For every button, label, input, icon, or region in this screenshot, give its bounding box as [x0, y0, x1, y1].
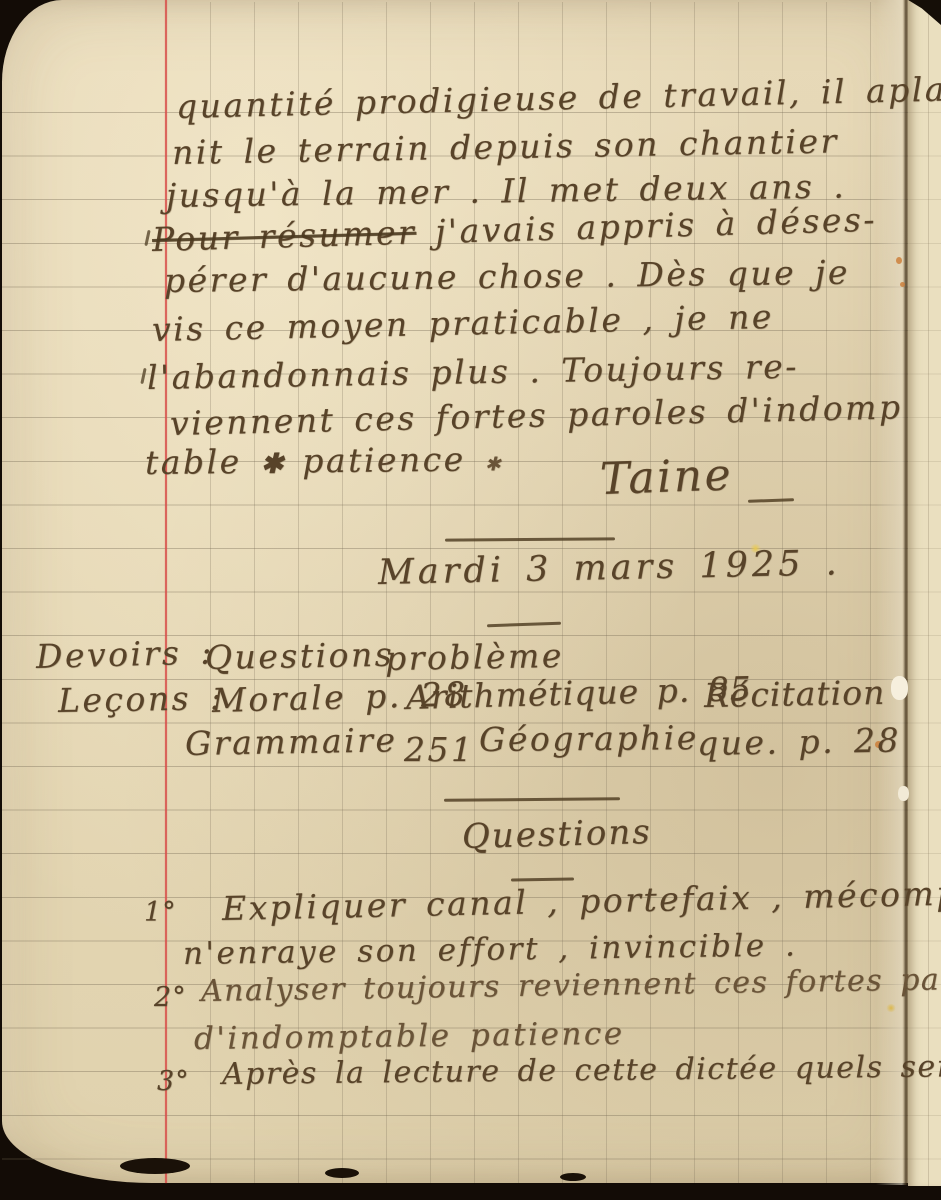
homework-item-geographie: Géographie — [479, 721, 699, 756]
date-heading: Mardi 3 mars 1925 . — [378, 546, 841, 591]
homework-item-grammaire: Grammaire — [185, 723, 398, 760]
question-2-text-2: d'indomptable patience — [194, 1019, 625, 1055]
question-3-number: 3° — [157, 1068, 190, 1095]
notebook-page-scan: quantité prodigieuse de travail, il apla… — [0, 0, 941, 1200]
signature: Taine — [599, 453, 734, 502]
adjacent-page-rules — [908, 112, 941, 1183]
adjacent-page-grid-line — [928, 0, 929, 1186]
dictation-line: table ✱ patience ✱ — [145, 442, 501, 479]
correction-mark: ✱ — [485, 453, 501, 475]
stain-yellow — [886, 1004, 896, 1012]
homework-lecons-label: Leçons : — [58, 681, 224, 717]
stain-orange — [900, 282, 905, 287]
adjacent-page-edge — [908, 0, 941, 1186]
bottom-edge-shadow — [560, 1173, 586, 1181]
homework-item-page-251: 251 — [404, 733, 475, 766]
question-2-number: 2° — [154, 984, 187, 1011]
paper-tear-spot — [898, 786, 909, 801]
question-1-text-2: n'enraye son effort , invincible . — [183, 930, 798, 970]
questions-heading: Questions — [462, 815, 653, 854]
homework-item-recitation: Récitation — [704, 676, 886, 712]
dictation-line: pérer d'aucune chose . Dès que je — [164, 256, 850, 297]
stain-orange — [896, 257, 902, 264]
dictation-word: table — [145, 442, 242, 482]
dictation-line: l'abandonnais plus . Toujours re- — [147, 350, 799, 394]
correction-mark: ✱ — [261, 449, 284, 480]
strikethrough-phrase: Pour résumer — [151, 213, 416, 259]
question-1-number: 1° — [144, 899, 177, 926]
homework-item-questions: Questions — [205, 638, 395, 674]
paper-tear-spot — [891, 676, 908, 700]
homework-item-arithmetique: Arithmétique p. 85 — [406, 672, 753, 714]
homework-devoirs-label: Devoirs : — [36, 635, 215, 673]
question-3-text: Après la lecture de cette dictée quels s… — [222, 1051, 941, 1090]
homework-item-geo-page: que. p. 28 — [697, 723, 902, 760]
homework-item-probleme: problème — [385, 639, 564, 675]
dictation-word: patience — [302, 440, 466, 481]
bottom-edge-shadow — [325, 1168, 359, 1178]
bottom-edge-shadow — [120, 1158, 190, 1174]
